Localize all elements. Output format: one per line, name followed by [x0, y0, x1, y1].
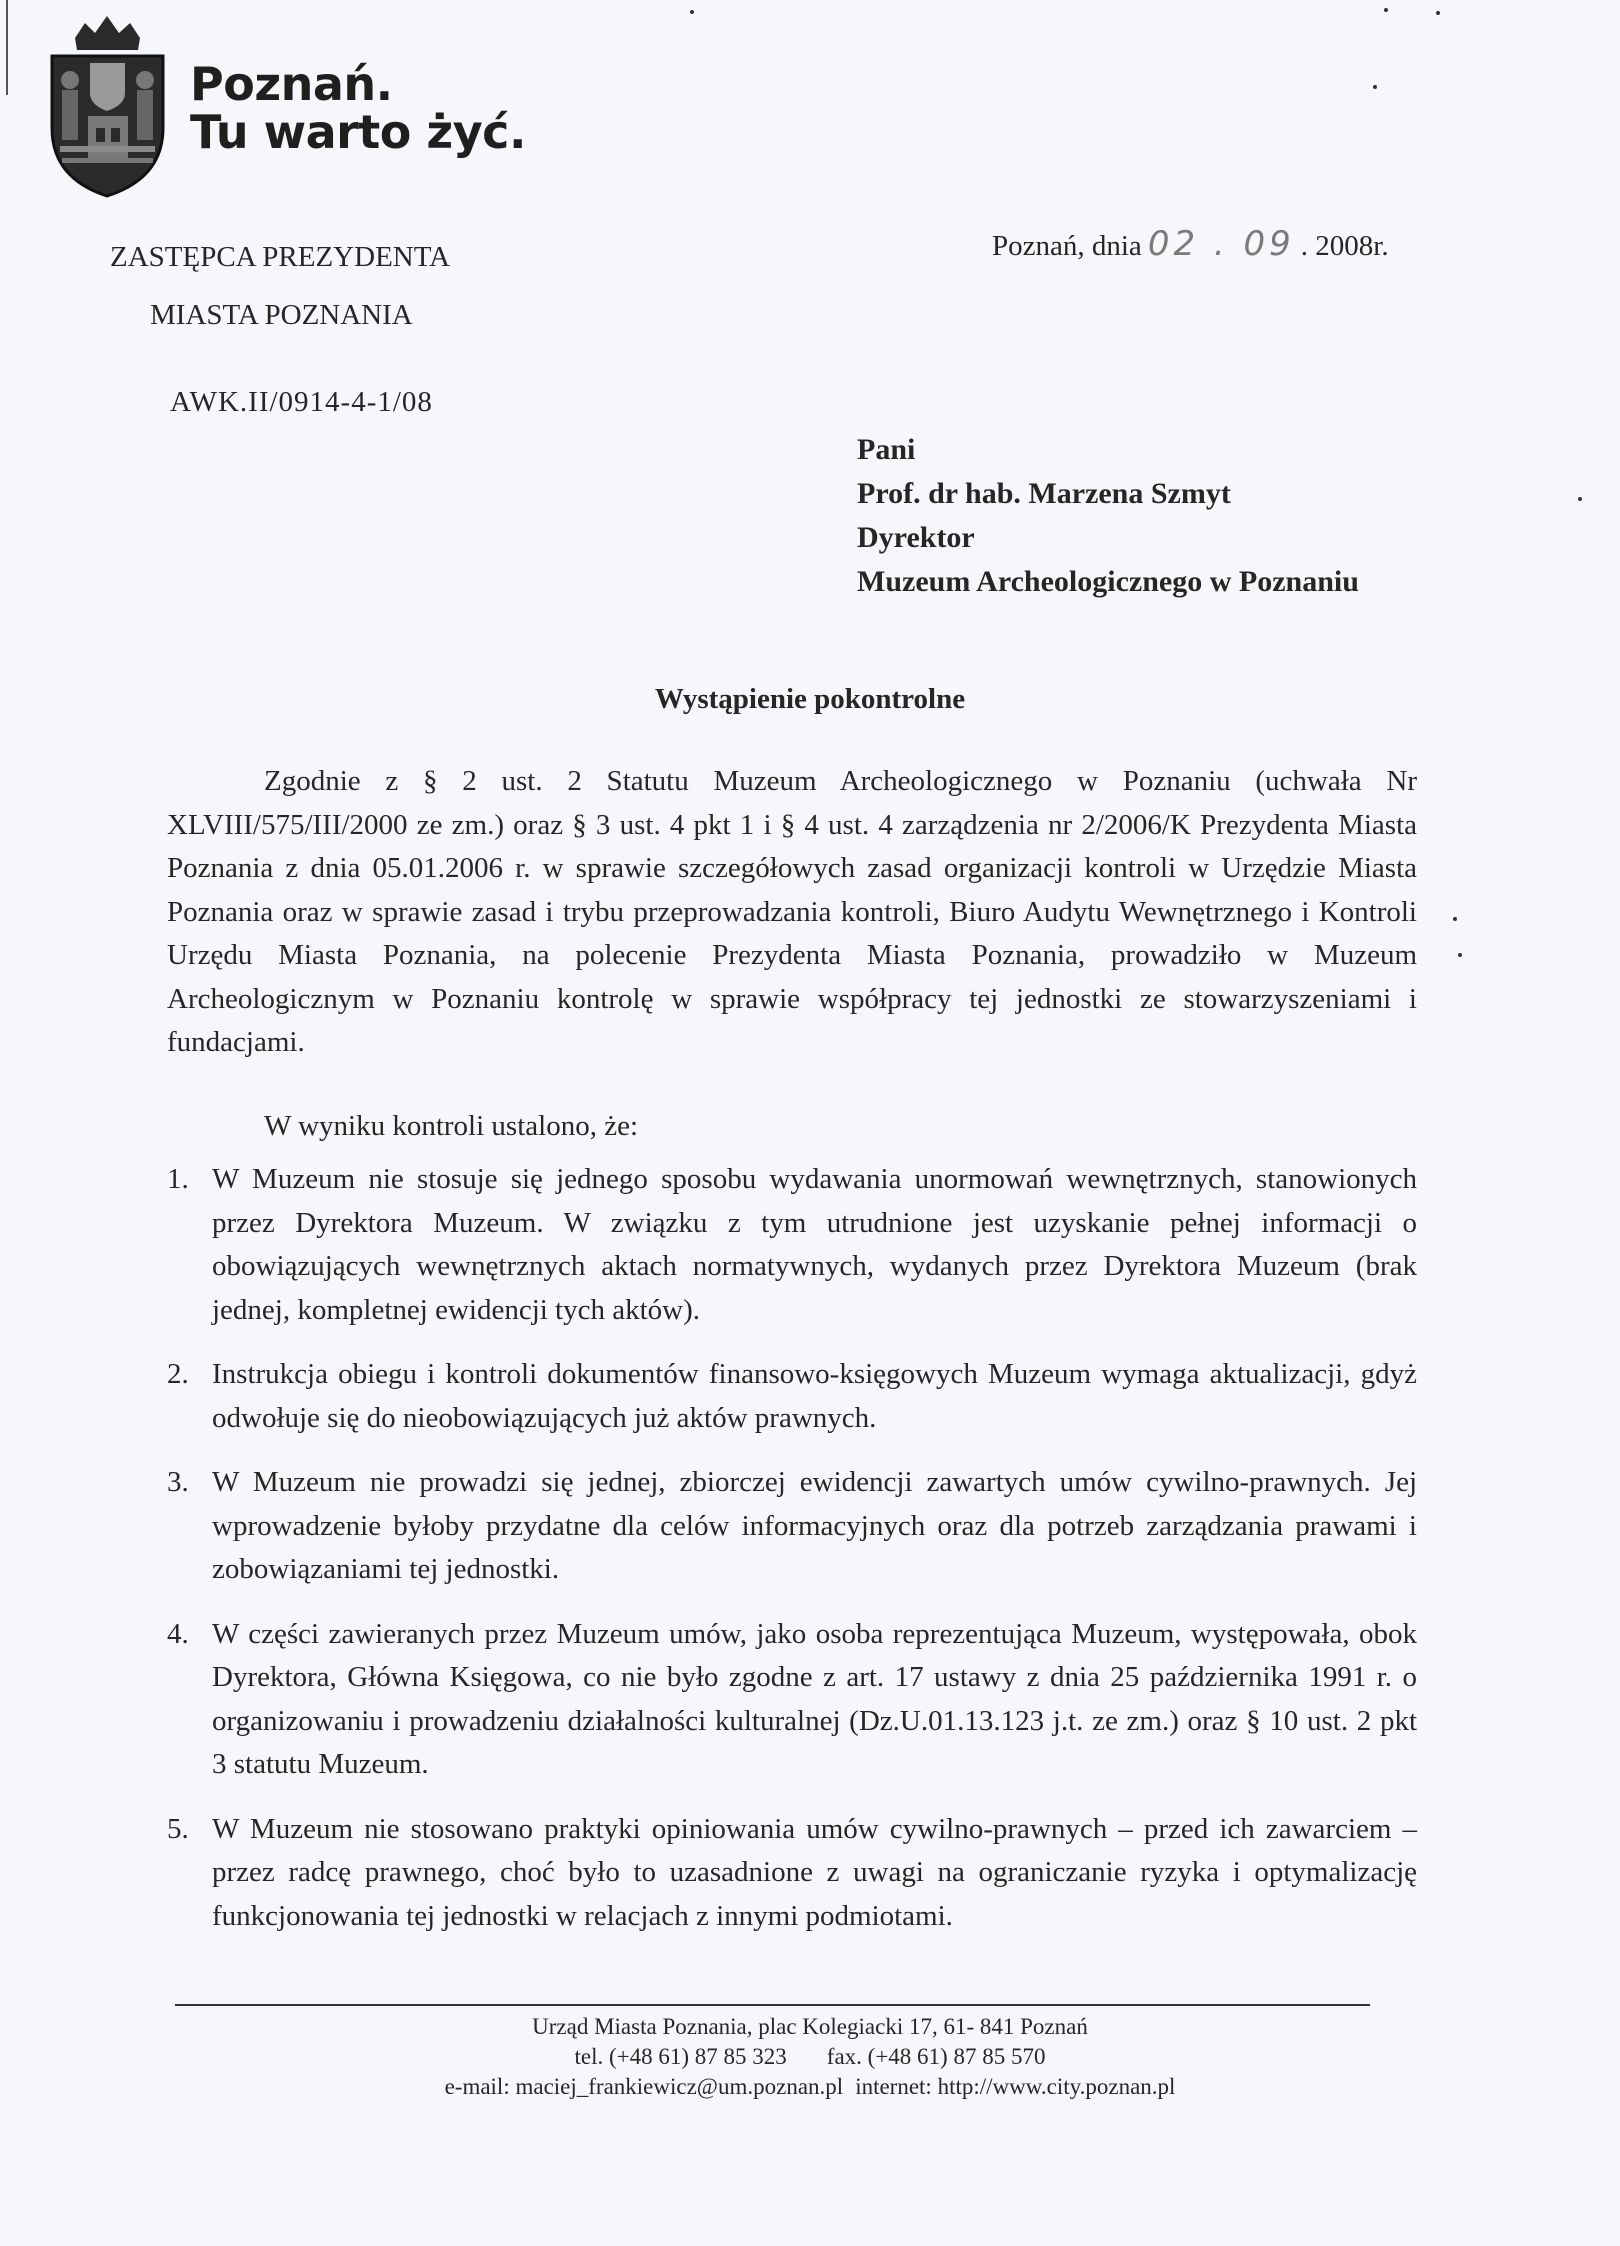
finding-number: 2.	[167, 1353, 189, 1397]
handwritten-date: 02 . 09	[1148, 224, 1295, 264]
letter-body: Zgodnie z § 2 ust. 2 Statutu Muzeum Arch…	[167, 760, 1417, 1959]
footer-contact: tel. (+48 61) 87 85 323fax. (+48 61) 87 …	[0, 2042, 1620, 2072]
footer-divider	[175, 2004, 1370, 2006]
scan-speck	[690, 10, 694, 14]
recipient-salutation: Pani	[857, 428, 1359, 472]
finding-text: W Muzeum nie stosuje się jednego sposobu…	[212, 1163, 1417, 1326]
scan-speck	[1384, 8, 1388, 12]
findings-lead: W wyniku kontroli ustalono, że:	[264, 1105, 1417, 1149]
footer-internet[interactable]: internet: http://www.city.poznan.pl	[855, 2074, 1175, 2099]
recipient-block: Pani Prof. dr hab. Marzena Szmyt Dyrekto…	[857, 428, 1359, 604]
finding-number: 1.	[167, 1158, 189, 1202]
finding-text: W Muzeum nie stosowano praktyki opiniowa…	[212, 1813, 1417, 1932]
recipient-name: Prof. dr hab. Marzena Szmyt	[857, 472, 1359, 516]
brand-line-1: Poznań.	[190, 60, 526, 108]
footer-address: Urząd Miasta Poznania, plac Kolegiacki 1…	[0, 2012, 1620, 2042]
intro-paragraph: Zgodnie z § 2 ust. 2 Statutu Muzeum Arch…	[167, 760, 1417, 1065]
footer: Urząd Miasta Poznania, plac Kolegiacki 1…	[0, 2012, 1620, 2102]
brand-line-2: Tu warto żyć.	[190, 108, 526, 156]
date-suffix: . 2008r.	[1301, 230, 1389, 263]
reference-number: AWK.II/0914-4-1/08	[170, 386, 433, 419]
date-line: Poznań, dnia 02 . 09 . 2008r.	[992, 224, 1389, 264]
finding-text: W Muzeum nie prowadzi się jednej, zbiorc…	[212, 1466, 1417, 1585]
footer-tel: tel. (+48 61) 87 85 323	[575, 2044, 787, 2069]
sender-block: ZASTĘPCA PREZYDENTA MIASTA POZNANIA	[110, 228, 450, 344]
date-prefix: Poznań, dnia	[992, 230, 1142, 263]
finding-item: 1. W Muzeum nie stosuje się jednego spos…	[167, 1158, 1417, 1332]
scan-edge-mark	[6, 0, 8, 95]
sender-line-2: MIASTA POZNANIA	[110, 286, 450, 344]
scan-speck	[1436, 11, 1440, 15]
finding-number: 5.	[167, 1808, 189, 1852]
finding-number: 3.	[167, 1461, 189, 1505]
finding-item: 5. W Muzeum nie stosowano praktyki opini…	[167, 1808, 1417, 1939]
footer-online: e-mail: maciej_frankiewicz@um.poznan.pli…	[0, 2072, 1620, 2102]
findings-list: 1. W Muzeum nie stosuje się jednego spos…	[167, 1158, 1417, 1938]
scan-speck	[1578, 497, 1582, 501]
coat-of-arms-icon	[40, 8, 175, 198]
recipient-position: Dyrektor	[857, 516, 1359, 560]
city-brand-slogan: Poznań. Tu warto żyć.	[190, 60, 526, 156]
finding-item: 4. W części zawieranych przez Muzeum umó…	[167, 1613, 1417, 1787]
document-title: Wystąpienie pokontrolne	[0, 683, 1620, 716]
footer-fax: fax. (+48 61) 87 85 570	[827, 2044, 1046, 2069]
finding-text: W części zawieranych przez Muzeum umów, …	[212, 1618, 1417, 1781]
scan-speck	[1373, 85, 1377, 89]
finding-text: Instrukcja obiegu i kontroli dokumentów …	[212, 1358, 1417, 1434]
finding-item: 3. W Muzeum nie prowadzi się jednej, zbi…	[167, 1461, 1417, 1592]
footer-email[interactable]: e-mail: maciej_frankiewicz@um.poznan.pl	[445, 2074, 844, 2099]
finding-number: 4.	[167, 1613, 189, 1657]
scan-speck	[1458, 953, 1462, 957]
sender-line-1: ZASTĘPCA PREZYDENTA	[110, 228, 450, 286]
recipient-institution: Muzeum Archeologicznego w Poznaniu	[857, 560, 1359, 604]
finding-item: 2. Instrukcja obiegu i kontroli dokument…	[167, 1353, 1417, 1440]
scan-speck	[1453, 917, 1457, 921]
